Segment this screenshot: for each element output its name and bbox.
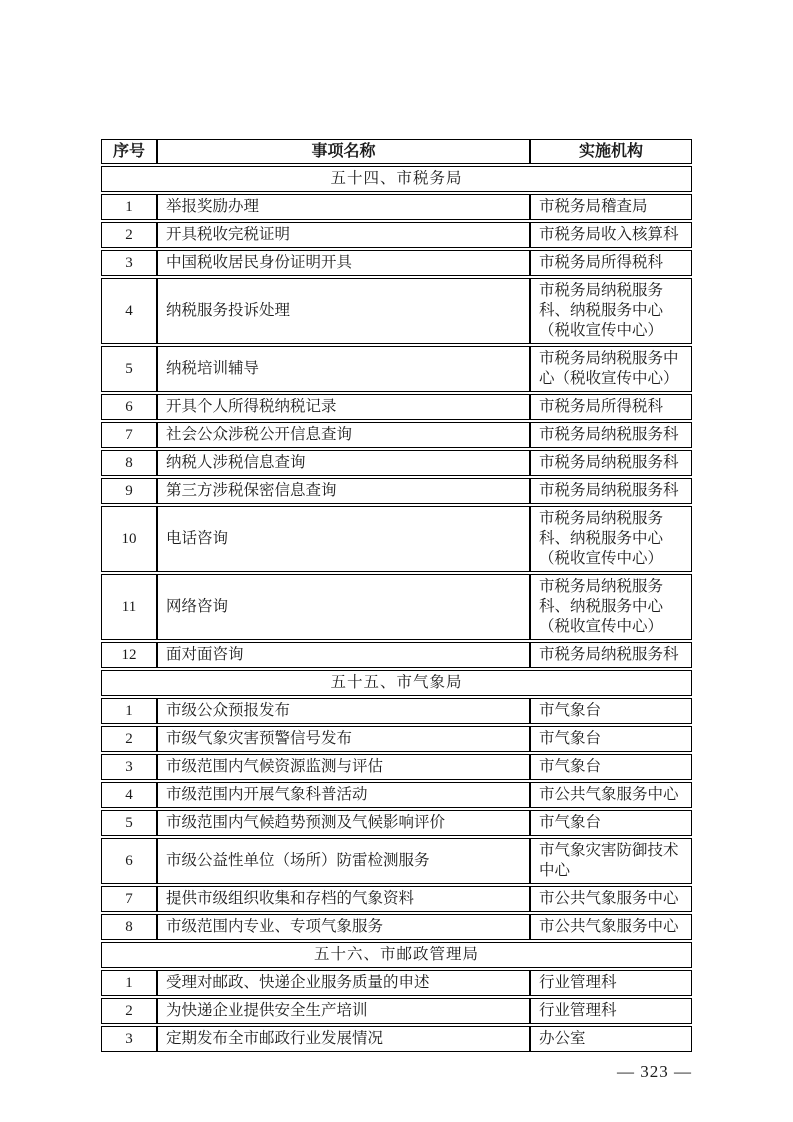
cell-item: 定期发布全市邮政行业发展情况 — [157, 1026, 530, 1052]
services-table: 序号事项名称实施机构 五十四、市税务局1举报奖励办理市税务局稽查局2开具税收完税… — [101, 137, 692, 1054]
cell-item: 中国税收居民身份证明开具 — [157, 250, 530, 276]
table-row: 4市级范围内开展气象科普活动市公共气象服务中心 — [101, 782, 692, 808]
cell-item: 为快递企业提供安全生产培训 — [157, 998, 530, 1024]
section-row: 五十六、市邮政管理局 — [101, 942, 692, 968]
table-row: 5纳税培训辅导市税务局纳税服务中心（税收宣传中心） — [101, 346, 692, 392]
cell-no: 2 — [101, 998, 157, 1024]
header-cell-no: 序号 — [101, 139, 157, 164]
cell-item: 第三方涉税保密信息查询 — [157, 478, 530, 504]
table-row: 5市级范围内气候趋势预测及气候影响评价市气象台 — [101, 810, 692, 836]
table-row: 12面对面咨询市税务局纳税服务科 — [101, 642, 692, 668]
cell-agency: 市税务局纳税服务科 — [530, 642, 692, 668]
cell-agency: 市税务局所得税科 — [530, 250, 692, 276]
cell-agency: 市气象灾害防御技术中心 — [530, 838, 692, 884]
cell-no: 1 — [101, 698, 157, 724]
cell-no: 3 — [101, 250, 157, 276]
cell-agency: 市税务局纳税服务科、纳税服务中心（税收宣传中心） — [530, 278, 692, 344]
cell-item: 市级范围内开展气象科普活动 — [157, 782, 530, 808]
page-number: — 323 — — [101, 1062, 692, 1082]
cell-no: 10 — [101, 506, 157, 572]
cell-no: 5 — [101, 346, 157, 392]
table-row: 2市级气象灾害预警信号发布市气象台 — [101, 726, 692, 752]
table-header: 序号事项名称实施机构 — [101, 139, 692, 164]
cell-agency: 市气象台 — [530, 810, 692, 836]
table-row: 9第三方涉税保密信息查询市税务局纳税服务科 — [101, 478, 692, 504]
header-row: 序号事项名称实施机构 — [101, 139, 692, 164]
table-row: 7提供市级组织收集和存档的气象资料市公共气象服务中心 — [101, 886, 692, 912]
cell-item: 受理对邮政、快递企业服务质量的申述 — [157, 970, 530, 996]
cell-agency: 市气象台 — [530, 726, 692, 752]
cell-agency: 行业管理科 — [530, 998, 692, 1024]
cell-no: 4 — [101, 782, 157, 808]
table-body: 五十四、市税务局1举报奖励办理市税务局稽查局2开具税收完税证明市税务局收入核算科… — [101, 166, 692, 1052]
cell-no: 3 — [101, 754, 157, 780]
cell-item: 开具个人所得税纳税记录 — [157, 394, 530, 420]
table-row: 1受理对邮政、快递企业服务质量的申述行业管理科 — [101, 970, 692, 996]
cell-agency: 市公共气象服务中心 — [530, 886, 692, 912]
cell-item: 市级气象灾害预警信号发布 — [157, 726, 530, 752]
cell-item: 市级范围内专业、专项气象服务 — [157, 914, 530, 940]
cell-agency: 市气象台 — [530, 698, 692, 724]
cell-agency: 市税务局纳税服务中心（税收宣传中心） — [530, 346, 692, 392]
cell-item: 提供市级组织收集和存档的气象资料 — [157, 886, 530, 912]
cell-no: 6 — [101, 838, 157, 884]
table-row: 10电话咨询市税务局纳税服务科、纳税服务中心（税收宣传中心） — [101, 506, 692, 572]
cell-agency: 市税务局稽查局 — [530, 194, 692, 220]
table-row: 8市级范围内专业、专项气象服务市公共气象服务中心 — [101, 914, 692, 940]
section-title: 五十六、市邮政管理局 — [101, 942, 692, 968]
cell-agency: 行业管理科 — [530, 970, 692, 996]
cell-no: 7 — [101, 886, 157, 912]
cell-item: 市级公益性单位（场所）防雷检测服务 — [157, 838, 530, 884]
table-row: 3中国税收居民身份证明开具市税务局所得税科 — [101, 250, 692, 276]
section-title: 五十五、市气象局 — [101, 670, 692, 696]
cell-agency: 办公室 — [530, 1026, 692, 1052]
cell-no: 2 — [101, 222, 157, 248]
cell-no: 8 — [101, 450, 157, 476]
cell-agency: 市气象台 — [530, 754, 692, 780]
cell-item: 纳税培训辅导 — [157, 346, 530, 392]
table-row: 6开具个人所得税纳税记录市税务局所得税科 — [101, 394, 692, 420]
cell-item: 社会公众涉税公开信息查询 — [157, 422, 530, 448]
cell-item: 开具税收完税证明 — [157, 222, 530, 248]
table-row: 3市级范围内气候资源监测与评估市气象台 — [101, 754, 692, 780]
table-row: 11网络咨询市税务局纳税服务科、纳税服务中心（税收宣传中心） — [101, 574, 692, 640]
cell-agency: 市税务局所得税科 — [530, 394, 692, 420]
cell-item: 电话咨询 — [157, 506, 530, 572]
cell-no: 1 — [101, 970, 157, 996]
cell-agency: 市公共气象服务中心 — [530, 914, 692, 940]
cell-item: 面对面咨询 — [157, 642, 530, 668]
cell-no: 5 — [101, 810, 157, 836]
cell-agency: 市税务局纳税服务科 — [530, 422, 692, 448]
table-row: 1市级公众预报发布市气象台 — [101, 698, 692, 724]
table-row: 6市级公益性单位（场所）防雷检测服务市气象灾害防御技术中心 — [101, 838, 692, 884]
cell-agency: 市税务局纳税服务科 — [530, 450, 692, 476]
table-row: 1举报奖励办理市税务局稽查局 — [101, 194, 692, 220]
cell-no: 4 — [101, 278, 157, 344]
cell-item: 市级范围内气候资源监测与评估 — [157, 754, 530, 780]
table-row: 2为快递企业提供安全生产培训行业管理科 — [101, 998, 692, 1024]
cell-agency: 市税务局纳税服务科、纳税服务中心（税收宣传中心） — [530, 506, 692, 572]
table-row: 7社会公众涉税公开信息查询市税务局纳税服务科 — [101, 422, 692, 448]
cell-item: 纳税服务投诉处理 — [157, 278, 530, 344]
cell-no: 8 — [101, 914, 157, 940]
header-cell-agency: 实施机构 — [530, 139, 692, 164]
table-row: 8纳税人涉税信息查询市税务局纳税服务科 — [101, 450, 692, 476]
cell-item: 市级公众预报发布 — [157, 698, 530, 724]
cell-no: 3 — [101, 1026, 157, 1052]
cell-item: 网络咨询 — [157, 574, 530, 640]
section-row: 五十四、市税务局 — [101, 166, 692, 192]
cell-agency: 市税务局纳税服务科 — [530, 478, 692, 504]
cell-no: 2 — [101, 726, 157, 752]
cell-no: 9 — [101, 478, 157, 504]
section-title: 五十四、市税务局 — [101, 166, 692, 192]
cell-no: 12 — [101, 642, 157, 668]
header-cell-item: 事项名称 — [157, 139, 530, 164]
cell-item: 市级范围内气候趋势预测及气候影响评价 — [157, 810, 530, 836]
cell-no: 1 — [101, 194, 157, 220]
section-row: 五十五、市气象局 — [101, 670, 692, 696]
cell-no: 11 — [101, 574, 157, 640]
cell-agency: 市税务局纳税服务科、纳税服务中心（税收宣传中心） — [530, 574, 692, 640]
cell-no: 7 — [101, 422, 157, 448]
table-row: 2开具税收完税证明市税务局收入核算科 — [101, 222, 692, 248]
table-row: 4纳税服务投诉处理市税务局纳税服务科、纳税服务中心（税收宣传中心） — [101, 278, 692, 344]
document-page: 序号事项名称实施机构 五十四、市税务局1举报奖励办理市税务局稽查局2开具税收完税… — [0, 0, 793, 1082]
cell-item: 纳税人涉税信息查询 — [157, 450, 530, 476]
cell-item: 举报奖励办理 — [157, 194, 530, 220]
cell-agency: 市公共气象服务中心 — [530, 782, 692, 808]
cell-no: 6 — [101, 394, 157, 420]
cell-agency: 市税务局收入核算科 — [530, 222, 692, 248]
table-row: 3定期发布全市邮政行业发展情况办公室 — [101, 1026, 692, 1052]
